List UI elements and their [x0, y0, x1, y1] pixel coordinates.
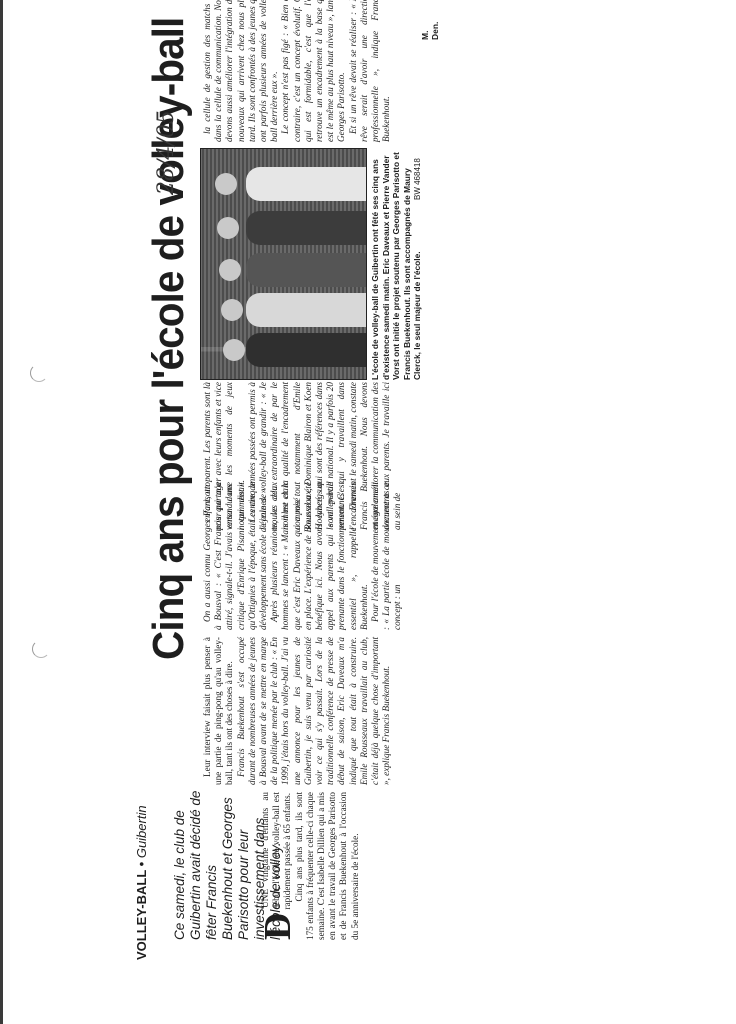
kicker-separator: •	[134, 858, 149, 870]
paragraph: Leur interview faisait plus penser à une…	[202, 637, 236, 785]
paragraph: Les cinq années passées ont permis à l'é…	[247, 382, 404, 530]
kicker-town: Guibertin	[134, 805, 149, 858]
handwritten-date: 28/4/05	[154, 110, 179, 195]
photo-credit: BW 468418	[413, 158, 422, 200]
column-2: Leur interview faisait plus penser à une…	[202, 637, 392, 785]
paragraph: enfant, un parent. Les parents sont là p…	[202, 382, 247, 530]
punch-hole-mark	[30, 364, 48, 382]
paragraph: D'UNE vingtaine d'enfants au début, l'éc…	[260, 792, 294, 940]
column-1: D'UNE vingtaine d'enfants au début, l'éc…	[260, 792, 361, 940]
photo-person	[246, 253, 367, 287]
photo-person-head	[215, 173, 237, 195]
photo-person-head	[221, 299, 243, 321]
photo-person	[246, 167, 367, 201]
photo-person	[246, 211, 367, 245]
paragraph: Francis Buekenhout s'est occupé durant d…	[236, 637, 393, 785]
punch-hole-mark	[32, 640, 50, 658]
section-kicker: VOLLEY-BALL • Guibertin	[134, 805, 149, 960]
photo-person	[246, 333, 367, 367]
photo-person	[246, 293, 367, 327]
photo-person-head	[219, 259, 241, 281]
kicker-sport: VOLLEY-BALL	[134, 870, 149, 960]
paragraph: la cellule de gestion des matchs et dans…	[202, 0, 280, 142]
newspaper-article: VOLLEY-BALL • Guibertin Cinq ans pour l'…	[120, 120, 440, 1000]
drop-cap: D	[262, 913, 294, 940]
author-signature: M. Den.	[420, 22, 440, 40]
scan-border	[0, 0, 3, 1024]
paragraph: Cinq ans plus tard, ils sont 175 enfants…	[294, 792, 361, 940]
paragraph: Le concept n'est pas figé : « Bien au co…	[280, 0, 347, 142]
paragraph: Et si un rêve devait se réaliser : « Le …	[348, 0, 393, 142]
photo-person-head	[217, 217, 239, 239]
column-4: enfant, un parent. Les parents sont là p…	[202, 382, 404, 530]
team-photo	[200, 148, 367, 380]
paragraph-text: 'UNE vingtaine d'enfants au début, l'éco…	[260, 792, 292, 910]
photo-person-head	[223, 339, 245, 361]
column-5: la cellule de gestion des matchs et dans…	[202, 0, 392, 142]
